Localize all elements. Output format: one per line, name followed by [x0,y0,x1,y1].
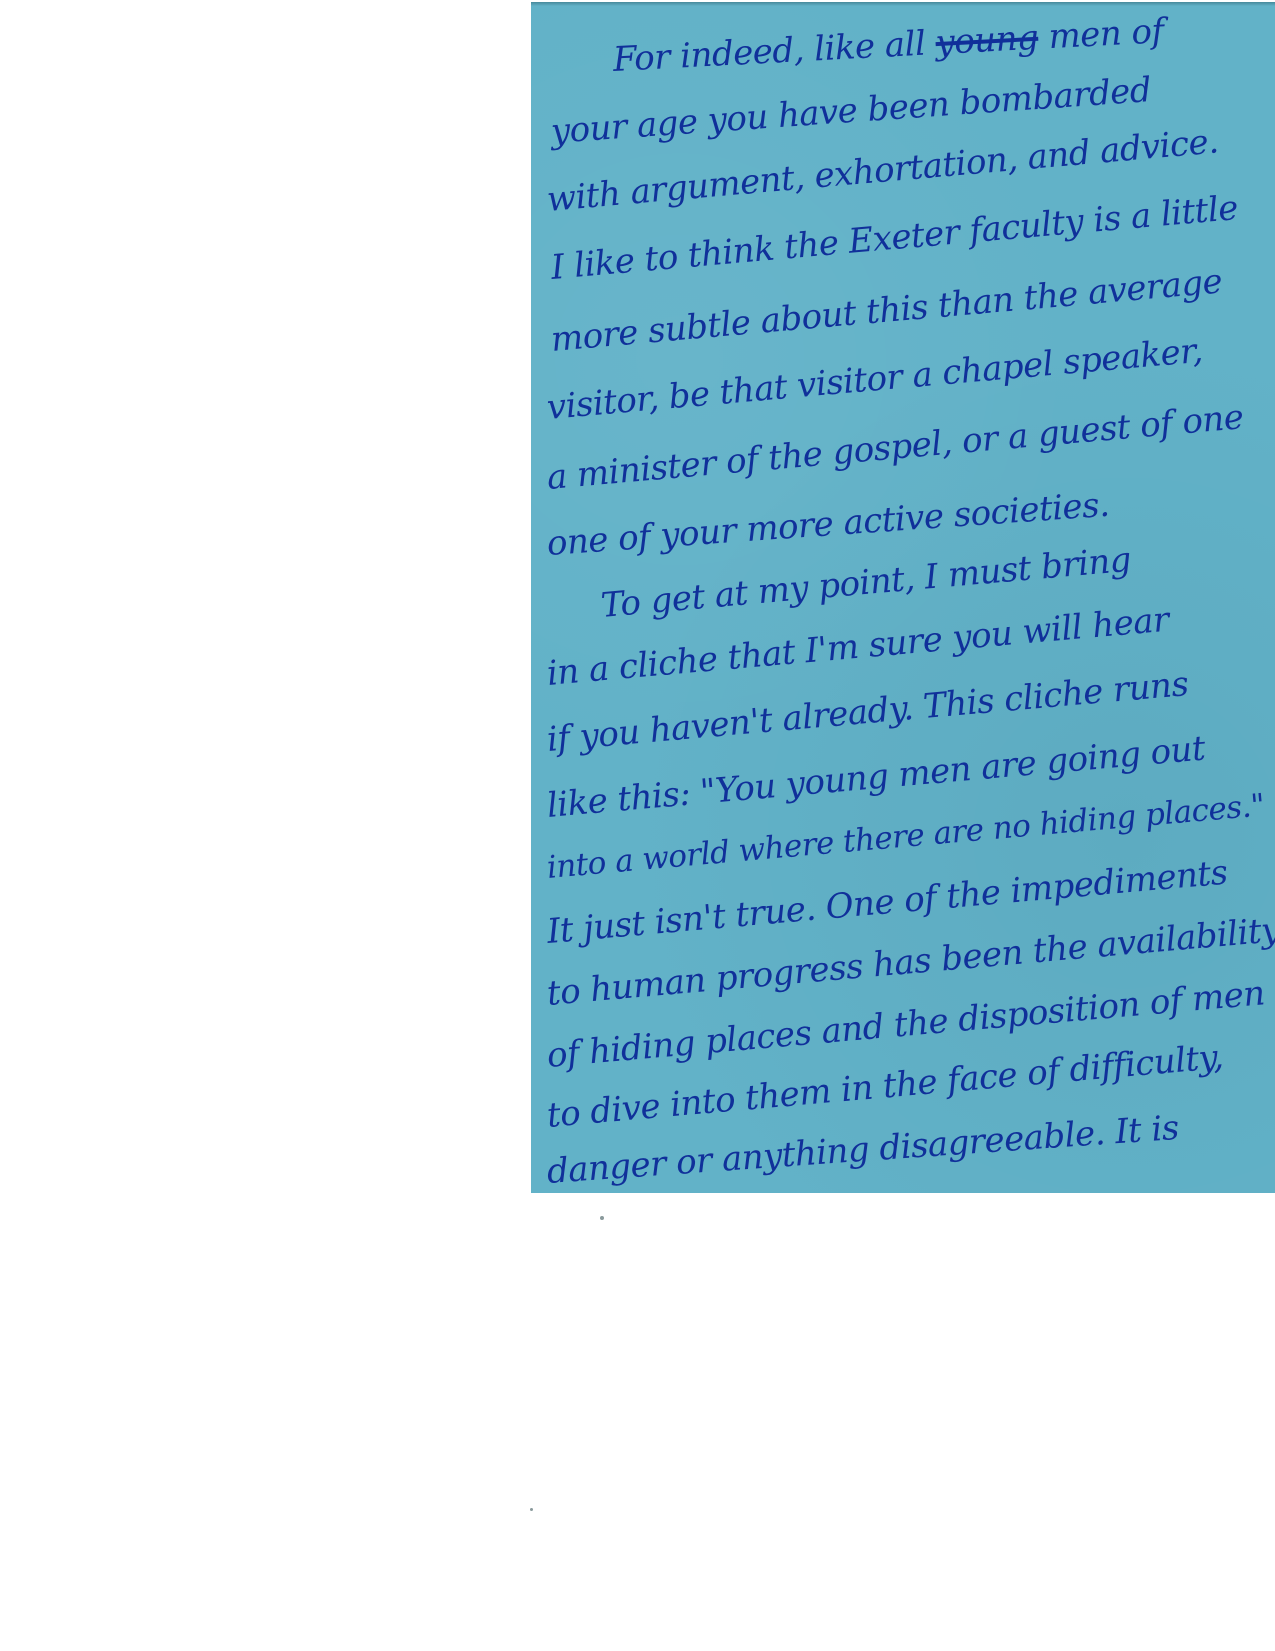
line-text: For indeed, like all [612,23,937,80]
text-line: For indeed, like all young men of [612,11,1165,80]
handwritten-text: For indeed, like all young men of your a… [531,2,1275,1193]
scan-speck [600,1216,604,1220]
manuscript-page: For indeed, like all young men of your a… [531,2,1275,1193]
line-text: men of [1037,11,1164,58]
struck-word: young [935,18,1040,63]
scan-speck [530,1508,533,1511]
